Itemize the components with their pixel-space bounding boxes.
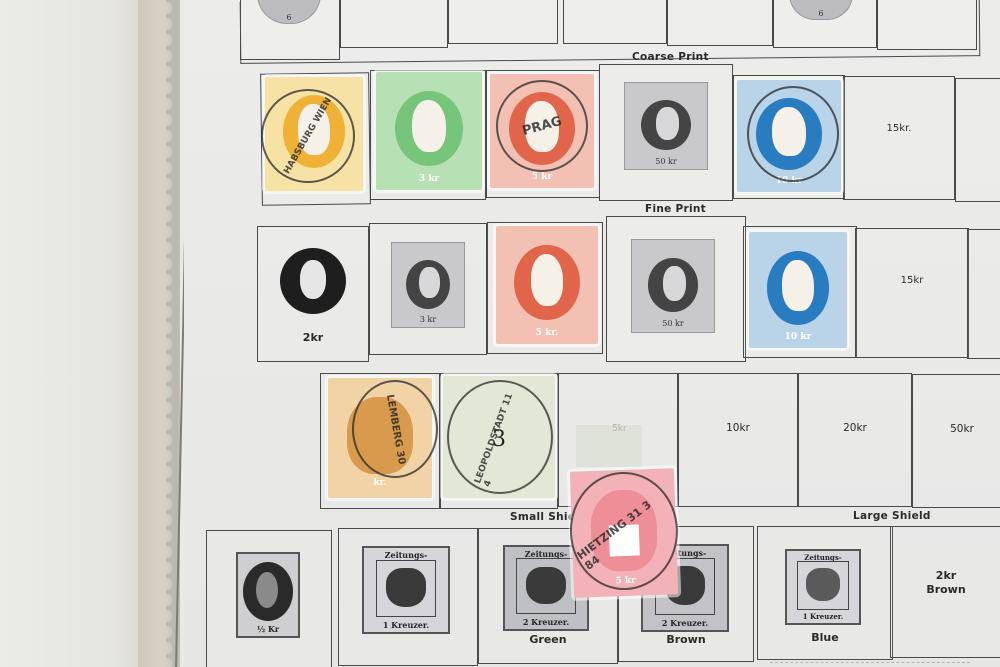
coarse-cell-6: 15kr. [843, 76, 955, 200]
news-cell-6: 2kr Brown [890, 526, 1000, 658]
top-cell [340, 0, 448, 48]
top-cell [563, 0, 667, 44]
stamp-blue-10kr-fine: 10 kr [749, 232, 847, 348]
stamp-illustration-mercury: ½ Kr [236, 552, 300, 638]
stamp-illustration-zeitung-1kr-blue: Zeitungs- 1 Kreuzer. [785, 549, 861, 625]
top-cell [877, 0, 977, 50]
postmark-leopoldstadt: LEOPOLDSTADT 11 4 [447, 380, 553, 494]
stamp-illustration-2kr-black [280, 248, 346, 314]
stamp-illustration-50kr-fine: 50 kr [631, 239, 715, 333]
postmark-blue-stamp [747, 86, 839, 182]
stamp-pale-green-3: 3 LEOPOLDSTADT 11 4 [443, 376, 555, 498]
heading-coarse-print: Coarse Print [632, 51, 709, 63]
stamp-pink-5kr-hietzing: 5 kr HIETZING 31 3 84 [570, 468, 678, 598]
heading-small-shield: Small Shie [510, 511, 575, 523]
heading-fine-print: Fine Print [645, 203, 706, 215]
bottom-caption-partial [770, 662, 970, 666]
postmark-lemberg: LEMBERG 30 [352, 380, 438, 478]
postmark-habsburg: HABSBURG WIEN [261, 89, 355, 183]
heading-large-shield: Large Shield [853, 510, 931, 522]
fine-cell-7 [967, 229, 1000, 359]
stamp-illustration-3kr: 3 kr [391, 242, 465, 328]
shield-cell-4: 10kr [678, 373, 798, 507]
stamp-orange-shield: kr. LEMBERG 30 [328, 378, 432, 498]
fine-cell-6: 15kr [855, 228, 969, 358]
top-cell [667, 0, 773, 46]
stamp-illustration-top: 6 [789, 0, 853, 20]
stamp-yellow-2kr: HABSBURG WIEN [265, 77, 363, 191]
stamp-illustration-zeitung-1kr: Zeitungs- 1 Kreuzer. [362, 546, 450, 634]
left-page [0, 0, 140, 667]
coarse-cell-7 [955, 78, 1000, 202]
top-cell [448, 0, 558, 44]
stamp-illustration-top: 6 [257, 0, 321, 24]
stamp-blue-10kr: 10 kr [737, 80, 841, 192]
stamp-green-3kr: 3 kr [376, 72, 482, 190]
stamp-red-5kr: 5 kr PRAG [490, 74, 594, 188]
stamp-illustration-50kr: 50 kr [624, 82, 708, 170]
faint-stamp-outline [576, 425, 642, 467]
postmark-prag: PRAG [496, 80, 588, 172]
shield-cell-6: 50kr [912, 374, 1000, 508]
stamp-red-5kr-fine: 5 kr. [496, 226, 598, 344]
shield-cell-5: 20kr [798, 373, 912, 507]
